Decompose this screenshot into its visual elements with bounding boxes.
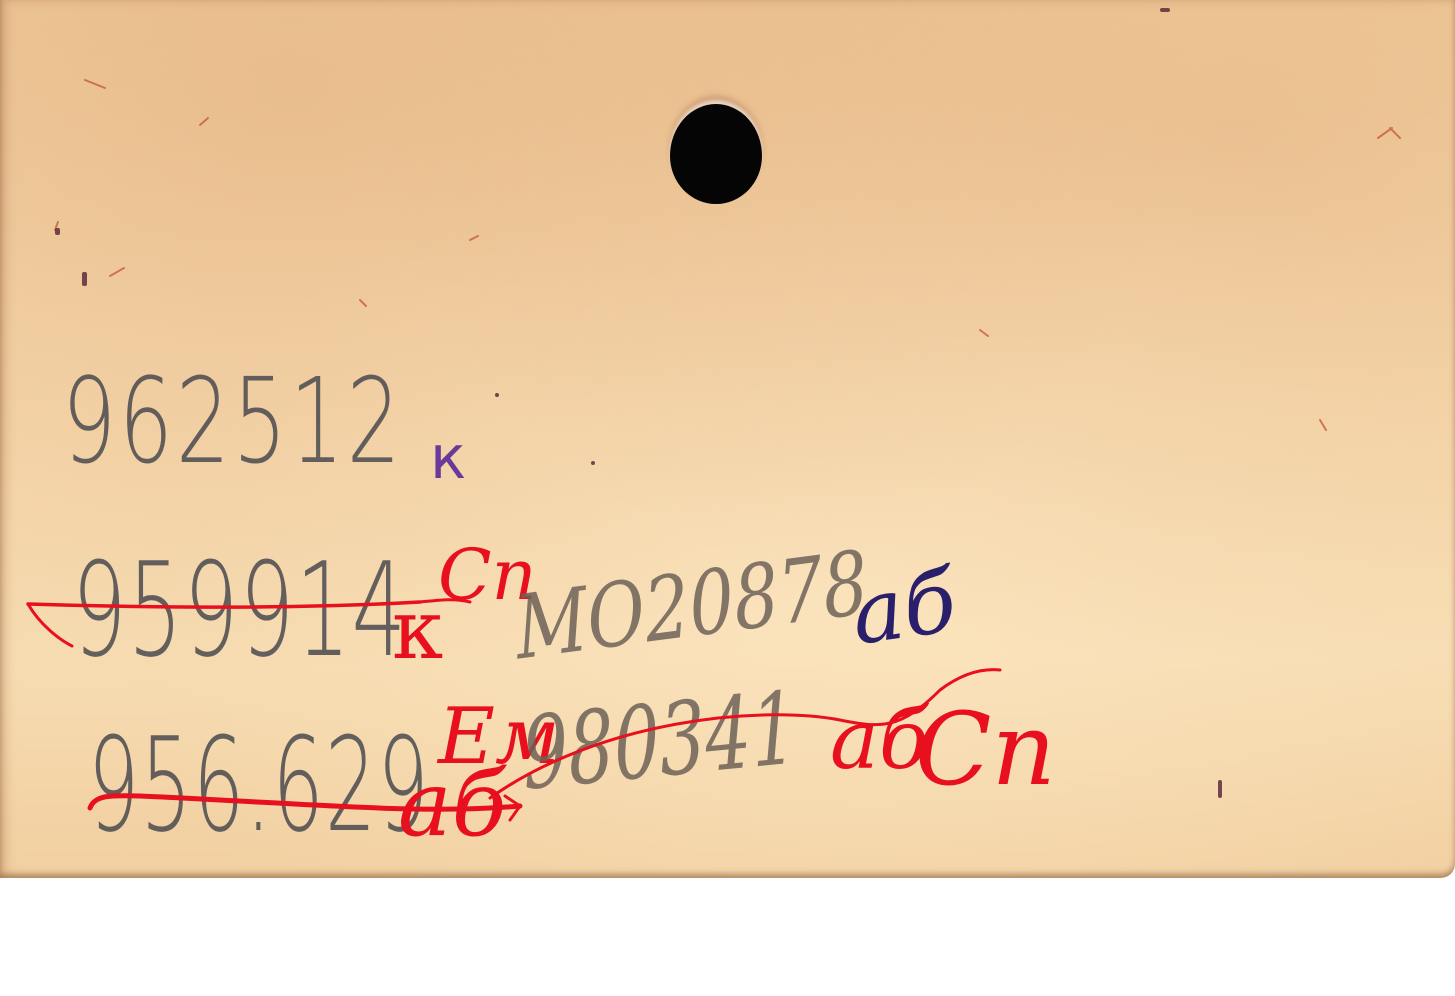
category-mark-k: к bbox=[430, 428, 466, 488]
category-mark-k-red: к bbox=[392, 590, 443, 672]
catalog-number-struck-2: 956.629 bbox=[88, 720, 430, 850]
catalog-number-struck-3: 980341 bbox=[520, 678, 799, 804]
punch-hole bbox=[670, 104, 762, 204]
annotation-sp-2: Сп bbox=[915, 700, 1056, 800]
catalog-number-struck-1: 959914 bbox=[72, 545, 407, 675]
index-card: 962512 к 959914 к Сп МО20878 аб 956.629 … bbox=[0, 0, 1455, 878]
suffix-ab-navy: аб bbox=[847, 558, 962, 658]
catalog-number-current: 962512 bbox=[62, 362, 404, 480]
